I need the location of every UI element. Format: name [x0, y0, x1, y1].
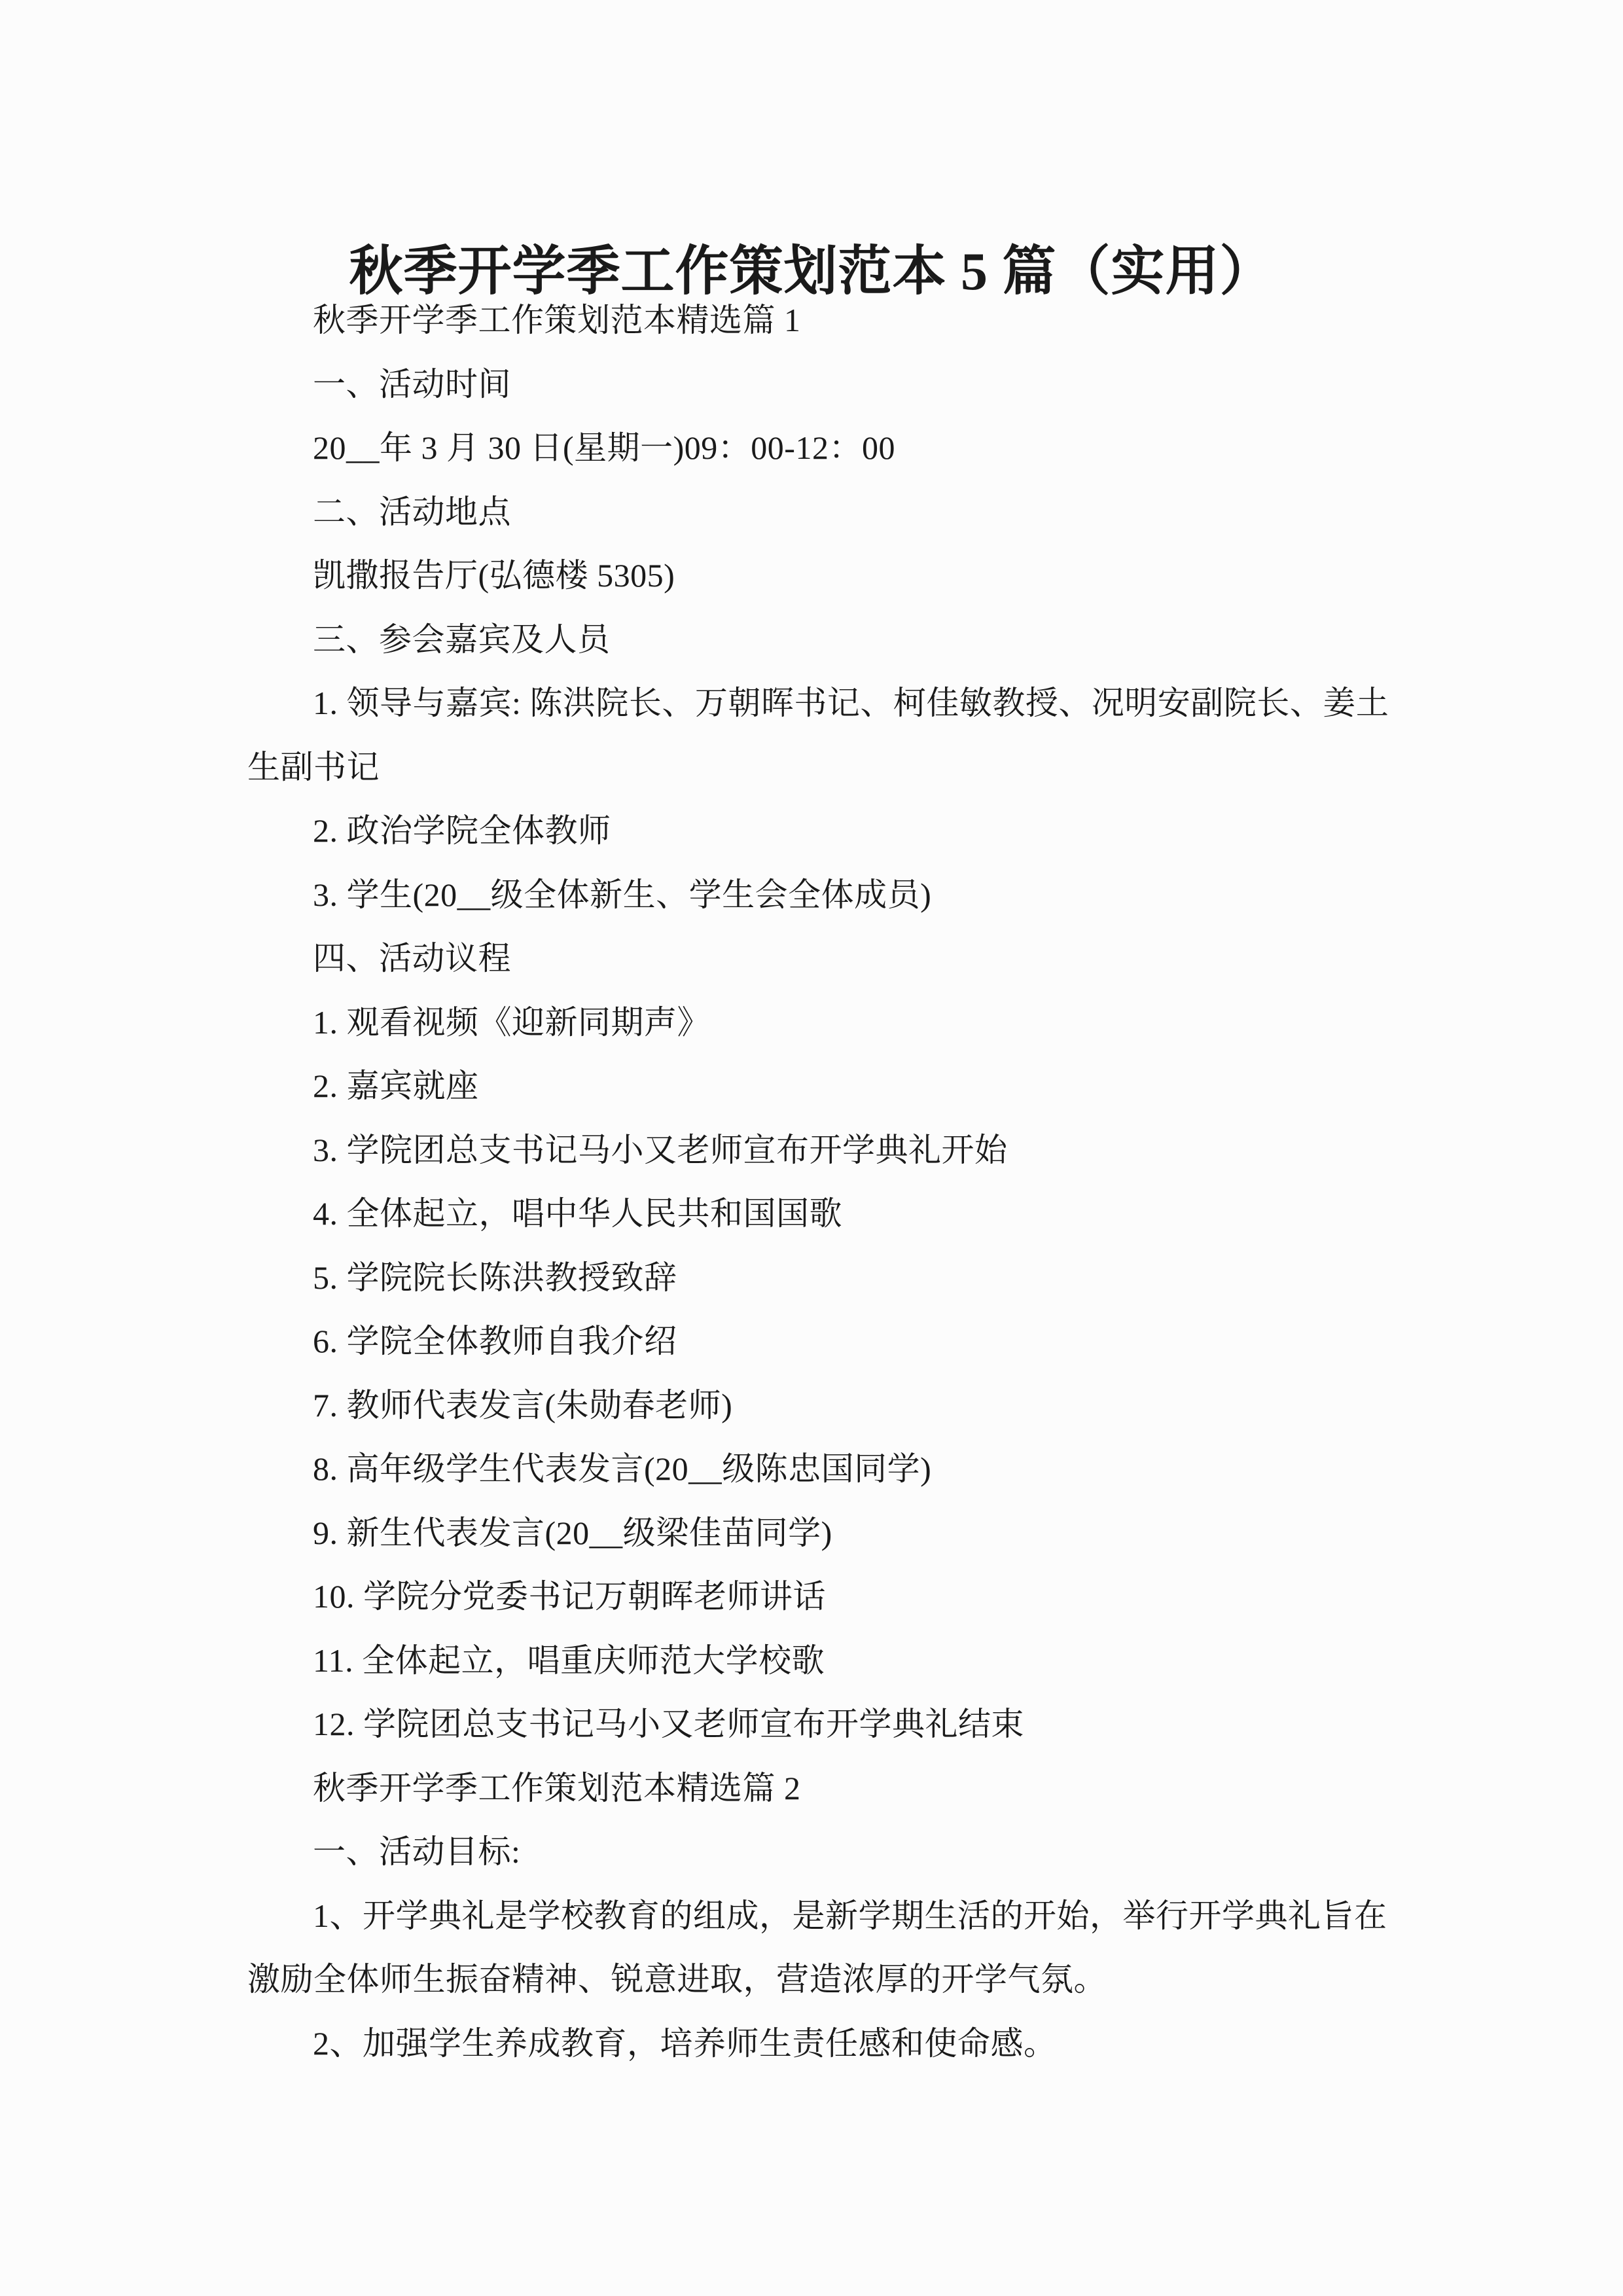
paragraph-goal-2: 2、加强学生养成教育，培养师生责任感和使命感。 [247, 2012, 1399, 2076]
paragraph-activity-place-value: 凯撒报告厅(弘德楼 5305) [247, 544, 1399, 608]
paragraph-section2-heading: 秋季开学季工作策划范本精选篇 2 [247, 1757, 1399, 1821]
paragraph-agenda-item-3: 3. 学院团总支书记马小又老师宣布开学典礼开始 [247, 1119, 1399, 1183]
paragraph-goals-heading: 一、活动目标: [247, 1820, 1399, 1884]
paragraph-agenda-item-11: 11. 全体起立，唱重庆师范大学校歌 [247, 1629, 1399, 1693]
paragraph-agenda-item-10: 10. 学院分党委书记万朝晖老师讲话 [247, 1565, 1399, 1629]
paragraph-agenda-item-4: 4. 全体起立，唱中华人民共和国国歌 [247, 1182, 1399, 1246]
paragraph-agenda-item-2: 2. 嘉宾就座 [247, 1054, 1399, 1119]
paragraph-agenda-item-8: 8. 高年级学生代表发言(20__级陈忠国同学) [247, 1437, 1399, 1501]
paragraph-goal-1: 1、开学典礼是学校教育的组成，是新学期生活的开始，举行开学典礼旨在 [247, 1884, 1399, 1948]
document-body: 秋季开学季工作策划范本精选篇 1 一、活动时间 20__年 3 月 30 日(星… [247, 289, 1399, 2075]
paragraph-agenda-item-6: 6. 学院全体教师自我介绍 [247, 1310, 1399, 1374]
paragraph-section1-heading: 秋季开学季工作策划范本精选篇 1 [247, 289, 1399, 353]
paragraph-agenda-item-9: 9. 新生代表发言(20__级梁佳苗同学) [247, 1501, 1399, 1566]
paragraph-activity-place-heading: 二、活动地点 [247, 480, 1399, 545]
paragraph-guests-students: 3. 学生(20__级全体新生、学生会全体成员) [247, 863, 1399, 927]
paragraph-agenda-item-1: 1. 观看视频《迎新同期声》 [247, 991, 1399, 1055]
paragraph-guests-teachers: 2. 政治学院全体教师 [247, 799, 1399, 863]
paragraph-activity-time-value: 20__年 3 月 30 日(星期一)09：00-12：00 [247, 416, 1399, 480]
paragraph-guests-leaders-wrap: 生副书记 [247, 736, 1399, 800]
document-page: 秋季开学季工作策划范本 5 篇（实用） 秋季开学季工作策划范本精选篇 1 一、活… [0, 0, 1623, 2296]
paragraph-agenda-item-7: 7. 教师代表发言(朱勋春老师) [247, 1374, 1399, 1438]
paragraph-guests-heading: 三、参会嘉宾及人员 [247, 608, 1399, 672]
paragraph-goal-1-wrap: 激励全体师生振奋精神、锐意进取，营造浓厚的开学气氛。 [247, 1948, 1399, 2012]
paragraph-activity-time-heading: 一、活动时间 [247, 353, 1399, 417]
paragraph-agenda-heading: 四、活动议程 [247, 927, 1399, 991]
paragraph-guests-leaders: 1. 领导与嘉宾: 陈洪院长、万朝晖书记、柯佳敏教授、况明安副院长、姜土 [247, 672, 1399, 736]
paragraph-agenda-item-5: 5. 学院院长陈洪教授致辞 [247, 1246, 1399, 1310]
paragraph-agenda-item-12: 12. 学院团总支书记马小又老师宣布开学典礼结束 [247, 1693, 1399, 1757]
